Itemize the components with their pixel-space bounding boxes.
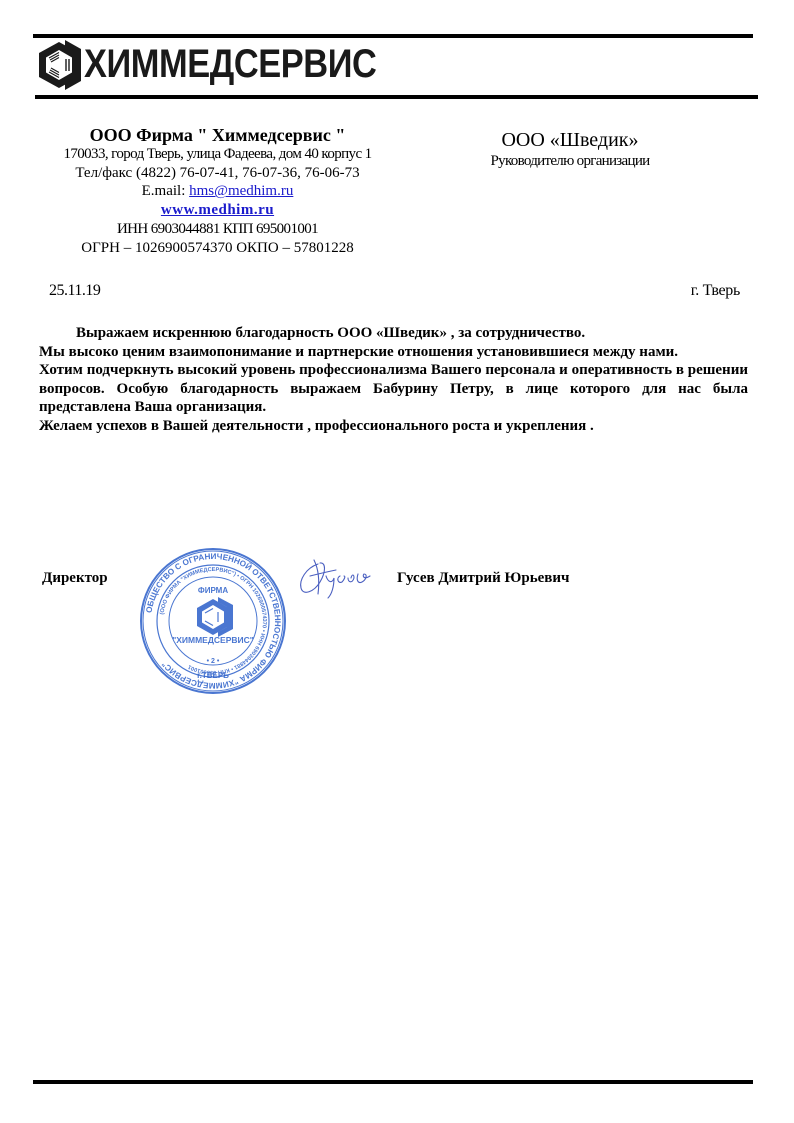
sender-email-line: E.mail: hms@medhim.ru (40, 182, 395, 201)
sender-inn-kpp: ИНН 6903044881 КПП 695001001 (40, 220, 395, 239)
sender-ogrn-okpo: ОГРН – 1026900574370 ОКПО – 57801228 (40, 239, 395, 258)
letter-body: Выражаем искреннюю благодарность ООО «Шв… (39, 324, 748, 435)
recipient-addressee: Руководителю организации (460, 152, 680, 170)
company-logo-text: ХИММЕДСЕРВИС (84, 40, 376, 88)
signatory-name: Гусев Дмитрий Юрьевич (397, 570, 570, 587)
stamp-center-label: "ХИММЕДСЕРВИС" (172, 635, 254, 645)
sender-address: 170033, город Тверь, улица Фадеева, дом … (40, 145, 395, 164)
stamp-city: г.ТВЕРЬ (197, 671, 229, 680)
body-paragraph: Желаем успехов в Вашей деятельности , пр… (39, 417, 748, 436)
company-stamp: ОБЩЕСТВО С ОГРАНИЧЕННОЙ ОТВЕТСТВЕННОСТЬЮ… (138, 547, 288, 695)
header-divider (35, 95, 758, 99)
sender-block: ООО Фирма " Химмедсервис " 170033, город… (40, 125, 395, 257)
top-divider (33, 34, 753, 38)
signatory-title: Директор (42, 570, 108, 587)
recipient-organization: ООО «Шведик» (460, 128, 680, 152)
letter-city: г. Тверь (691, 282, 740, 300)
stamp-top-label: ФИРМА (198, 586, 228, 595)
email-label: E.mail: (142, 183, 190, 199)
body-paragraph: Хотим подчеркнуть высокий уровень профес… (39, 361, 748, 417)
body-paragraph: Мы высоко ценим взаимопонимание и партне… (39, 343, 748, 362)
footer-divider (33, 1080, 753, 1084)
stamp-number: • 2 • (207, 658, 220, 665)
recipient-block: ООО «Шведик» Руководителю организации (460, 128, 680, 170)
website-link[interactable]: www.medhim.ru (161, 202, 274, 218)
stamp-logo-icon (197, 597, 233, 637)
sender-phone: Тел/факс (4822) 76-07-41, 76-07-36, 76-0… (40, 164, 395, 183)
benzene-ring-icon (37, 40, 81, 90)
handwritten-signature (296, 554, 380, 602)
body-paragraph: Выражаем искреннюю благодарность ООО «Шв… (39, 324, 748, 343)
letter-date: 25.11.19 (49, 282, 100, 300)
sender-company: ООО Фирма " Химмедсервис " (40, 125, 395, 145)
email-link[interactable]: hms@medhim.ru (189, 183, 293, 199)
